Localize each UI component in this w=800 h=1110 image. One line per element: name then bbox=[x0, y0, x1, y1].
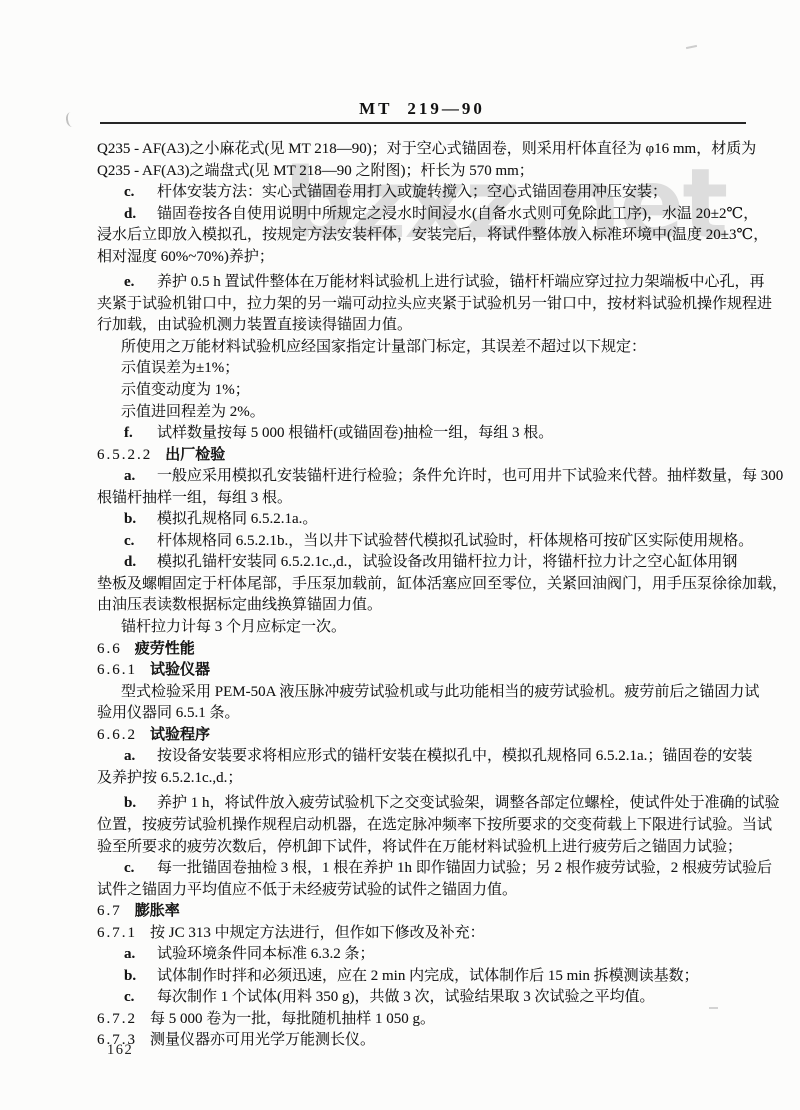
line-text: 养护 0.5 h 置试件整体在万能材料试验机上进行试验，锚杆杆端应穿过拉力架端板… bbox=[157, 274, 765, 290]
line-text: 模拟孔锚杆安装同 6.5.2.1c.,d.，试验设备改用锚杆拉力计，将锚杆拉力计… bbox=[157, 554, 737, 570]
line-text: 浸水后立即放入模拟孔，按规定方法安装杆体，安装完后，将试件整体放入标准环境中(温… bbox=[97, 227, 768, 243]
text-line: 相对湿度 60%~70%)养护； bbox=[97, 247, 757, 269]
line-text: 试验环境条件同本标准 6.3.2 条； bbox=[157, 946, 375, 962]
text-line: 位置，按疲劳试验机操作规程启动机器，在选定脉冲频率下按所要求的交变荷载上下限进行… bbox=[97, 815, 757, 837]
line-text: 锚固卷按各自使用说明中所规定之浸水时间浸水(自备水式则可免除此工序)，水温 20… bbox=[157, 206, 758, 222]
line-text: 锚杆拉力计每 3 个月应标定一次。 bbox=[121, 619, 346, 635]
line-text: 杆体安装方法：实心式锚固卷用打入或旋转搅入；空心式锚固卷用冲压安装； bbox=[157, 184, 667, 200]
section-number: 6.7.1 bbox=[97, 925, 137, 941]
scan-artifact bbox=[686, 45, 697, 49]
text-line: 夹紧于试验机钳口中，拉力架的另一端可动拉头应夹紧于试验机另一钳口中，按材料试验机… bbox=[97, 294, 757, 316]
item-letter: a. bbox=[124, 944, 157, 966]
line-text: 按设备安装要求将相应形式的锚杆安装在模拟孔中，模拟孔规格同 6.5.2.1a.；… bbox=[157, 748, 752, 764]
text-line: 6.7.1按 JC 313 中规定方法进行，但作如下修改及补充： bbox=[97, 923, 757, 945]
text-line: 锚杆拉力计每 3 个月应标定一次。 bbox=[97, 617, 757, 639]
text-line: 验用仪器同 6.5.1 条。 bbox=[97, 703, 757, 725]
text-line: f.试样数量按每 5 000 根锚杆(或锚固卷)抽检一组，每组 3 根。 bbox=[97, 423, 757, 445]
line-text: 试件之锚固力平均值应不低于未经疲劳试验的试件之锚固力值。 bbox=[97, 882, 517, 898]
line-text: 测量仪器亦可用光学万能测长仪。 bbox=[150, 1032, 375, 1048]
item-letter: a. bbox=[124, 746, 157, 768]
line-text: 由油压表读数根据标定曲线换算锚固力值。 bbox=[97, 597, 382, 613]
section-number: 6.6 bbox=[97, 641, 122, 657]
line-text: Q235 - AF(A3)之端盘式(见 MT 218—90 之附图)；杆长为 5… bbox=[97, 163, 534, 179]
page-number: 162 bbox=[107, 1042, 133, 1059]
line-text: 行加载，由试验机测力装置直接读得锚固力值。 bbox=[97, 317, 412, 333]
text-line: c.每次制作 1 个试体(用料 350 g)，共做 3 次，试验结果取 3 次试… bbox=[97, 987, 757, 1009]
text-line: 示值进回程差为 2%。 bbox=[97, 402, 757, 424]
text-line: Q235 - AF(A3)之端盘式(见 MT 218—90 之附图)；杆长为 5… bbox=[97, 161, 757, 183]
text-line: 示值变动度为 1%； bbox=[97, 380, 757, 402]
line-text: 示值变动度为 1%； bbox=[121, 382, 250, 398]
line-text: 每次制作 1 个试体(用料 350 g)，共做 3 次，试验结果取 3 次试验之… bbox=[157, 989, 655, 1005]
line-text: 示值误差为±1%； bbox=[121, 360, 239, 376]
section-number: 6.6.1 bbox=[97, 662, 137, 678]
line-text: 验至所要求的疲劳次数后，停机卸下试件，将试件在万能材料试验机上进行疲劳后之锚固力… bbox=[97, 839, 742, 855]
line-text: 位置，按疲劳试验机操作规程启动机器，在选定脉冲频率下按所要求的交变荷载上下限进行… bbox=[97, 817, 772, 833]
text-line: 行加载，由试验机测力装置直接读得锚固力值。 bbox=[97, 315, 757, 337]
line-text: 垫板及螺帽固定于杆体尾部，手压泵加载前，缸体活塞应回至零位，关紧回油阀门，用手压… bbox=[97, 576, 787, 592]
text-line: 及养护按 6.5.2.1c.,d.； bbox=[97, 768, 757, 790]
line-text: 及养护按 6.5.2.1c.,d.； bbox=[97, 770, 242, 786]
text-line: c.杆体规格同 6.5.2.1b.，当以井下试验替代模拟孔试验时，杆体规格可按矿… bbox=[97, 531, 757, 553]
line-text: 每 5 000 卷为一批，每批随机抽样 1 050 g。 bbox=[150, 1011, 435, 1027]
line-text: 所使用之万能材料试验机应经国家指定计量部门标定，其误差不超过以下规定： bbox=[121, 339, 646, 355]
item-letter: d. bbox=[124, 204, 157, 226]
text-line: a.一般应采用模拟孔安装锚杆进行检验；条件允许时，也可用井下试验来代替。抽样数量… bbox=[97, 466, 757, 488]
text-line: 示值误差为±1%； bbox=[97, 358, 757, 380]
line-text: 型式检验采用 PEM-50A 液压脉冲疲劳试验机或与此功能相当的疲劳试验机。疲劳… bbox=[121, 684, 759, 700]
text-line: a.按设备安装要求将相应形式的锚杆安装在模拟孔中，模拟孔规格同 6.5.2.1a… bbox=[97, 746, 757, 768]
text-line: b.模拟孔规格同 6.5.2.1a.。 bbox=[97, 509, 757, 531]
text-line: Q235 - AF(A3)之小麻花式(见 MT 218—90)；对于空心式锚固卷… bbox=[97, 139, 757, 161]
line-text: 试体制作时拌和必须迅速，应在 2 min 内完成，试体制作后 15 min 拆模… bbox=[157, 968, 699, 984]
section-heading: 6.6疲劳性能 bbox=[97, 639, 757, 661]
item-letter: e. bbox=[124, 272, 157, 294]
text-line: 6.7.3测量仪器亦可用光学万能测长仪。 bbox=[97, 1030, 757, 1052]
line-text: 一般应采用模拟孔安装锚杆进行检验；条件允许时，也可用井下试验来代替。抽样数量，每… bbox=[157, 468, 783, 484]
text-line: 验至所要求的疲劳次数后，停机卸下试件，将试件在万能材料试验机上进行疲劳后之锚固力… bbox=[97, 837, 757, 859]
line-text: 试验仪器 bbox=[150, 662, 210, 678]
line-text: 夹紧于试验机钳口中，拉力架的另一端可动拉头应夹紧于试验机另一钳口中，按材料试验机… bbox=[97, 296, 772, 312]
text-line: 6.7.2每 5 000 卷为一批，每批随机抽样 1 050 g。 bbox=[97, 1009, 757, 1031]
text-line: 试件之锚固力平均值应不低于未经疲劳试验的试件之锚固力值。 bbox=[97, 880, 757, 902]
item-letter: b. bbox=[124, 509, 157, 531]
line-text: 杆体规格同 6.5.2.1b.，当以井下试验替代模拟孔试验时，杆体规格可按矿区实… bbox=[157, 533, 753, 549]
section-number: 6.5.2.2 bbox=[97, 447, 152, 463]
line-text: 根锚杆抽样一组，每组 3 根。 bbox=[97, 490, 292, 506]
section-heading: 6.5.2.2出厂检验 bbox=[97, 445, 757, 467]
line-text: 每一批锚固卷抽检 3 根，1 根在养护 1h 即作锚固力试验；另 2 根作疲劳试… bbox=[157, 860, 772, 876]
text-line: 根锚杆抽样一组，每组 3 根。 bbox=[97, 488, 757, 510]
text-line: b.试体制作时拌和必须迅速，应在 2 min 内完成，试体制作后 15 min … bbox=[97, 966, 757, 988]
item-letter: f. bbox=[124, 423, 157, 445]
text-line: c.每一批锚固卷抽检 3 根，1 根在养护 1h 即作锚固力试验；另 2 根作疲… bbox=[97, 858, 757, 880]
line-text: 相对湿度 60%~70%)养护； bbox=[97, 249, 274, 265]
line-text: 出厂检验 bbox=[165, 447, 225, 463]
section-heading: 6.7膨胀率 bbox=[97, 901, 757, 923]
item-letter: a. bbox=[124, 466, 157, 488]
text-line: 浸水后立即放入模拟孔，按规定方法安装杆体，安装完后，将试件整体放入标准环境中(温… bbox=[97, 225, 757, 247]
item-letter: c. bbox=[124, 531, 157, 553]
text-line: d.模拟孔锚杆安装同 6.5.2.1c.,d.，试验设备改用锚杆拉力计，将锚杆拉… bbox=[97, 552, 757, 574]
section-number: 6.7 bbox=[97, 903, 122, 919]
line-text: 示值进回程差为 2%。 bbox=[121, 404, 265, 420]
text-line: d.锚固卷按各自使用说明中所规定之浸水时间浸水(自备水式则可免除此工序)，水温 … bbox=[97, 204, 757, 226]
line-text: 膨胀率 bbox=[135, 903, 180, 919]
text-line: b.养护 1 h，将试件放入疲劳试验机下之交变试验架，调整各部定位螺栓，使试件处… bbox=[97, 793, 757, 815]
line-text: Q235 - AF(A3)之小麻花式(见 MT 218—90)；对于空心式锚固卷… bbox=[97, 141, 756, 157]
item-letter: c. bbox=[124, 858, 157, 880]
scan-artifact bbox=[65, 111, 78, 127]
line-text: 养护 1 h，将试件放入疲劳试验机下之交变试验架，调整各部定位螺栓，使试件处于准… bbox=[157, 795, 780, 811]
item-letter: d. bbox=[124, 552, 157, 574]
text-line: 垫板及螺帽固定于杆体尾部，手压泵加载前，缸体活塞应回至零位，关紧回油阀门，用手压… bbox=[97, 574, 757, 596]
section-heading: 6.6.1试验仪器 bbox=[97, 660, 757, 682]
text-line: a.试验环境条件同本标准 6.3.2 条； bbox=[97, 944, 757, 966]
standard-code-header: MT 219—90 bbox=[97, 99, 747, 119]
line-text: 验用仪器同 6.5.1 条。 bbox=[97, 705, 240, 721]
text-line: e.养护 0.5 h 置试件整体在万能材料试验机上进行试验，锚杆杆端应穿过拉力架… bbox=[97, 272, 757, 294]
line-text: 按 JC 313 中规定方法进行，但作如下修改及补充： bbox=[150, 925, 485, 941]
line-text: 试样数量按每 5 000 根锚杆(或锚固卷)抽检一组，每组 3 根。 bbox=[157, 425, 553, 441]
document-page: bzxz.net MT 219—90 Q235 - AF(A3)之小麻花式(见 … bbox=[0, 0, 800, 1110]
header-rule bbox=[100, 122, 746, 124]
item-letter: b. bbox=[124, 966, 157, 988]
document-body: Q235 - AF(A3)之小麻花式(见 MT 218—90)；对于空心式锚固卷… bbox=[97, 139, 757, 1052]
text-line: 所使用之万能材料试验机应经国家指定计量部门标定，其误差不超过以下规定： bbox=[97, 337, 757, 359]
item-letter: b. bbox=[124, 793, 157, 815]
text-line: c.杆体安装方法：实心式锚固卷用打入或旋转搅入；空心式锚固卷用冲压安装； bbox=[97, 182, 757, 204]
item-letter: c. bbox=[124, 182, 157, 204]
section-heading: 6.6.2试验程序 bbox=[97, 725, 757, 747]
text-line: 型式检验采用 PEM-50A 液压脉冲疲劳试验机或与此功能相当的疲劳试验机。疲劳… bbox=[97, 682, 757, 704]
text-line: 由油压表读数根据标定曲线换算锚固力值。 bbox=[97, 595, 757, 617]
line-text: 疲劳性能 bbox=[135, 641, 195, 657]
item-letter: c. bbox=[124, 987, 157, 1009]
line-text: 模拟孔规格同 6.5.2.1a.。 bbox=[157, 511, 317, 527]
section-number: 6.6.2 bbox=[97, 727, 137, 743]
section-number: 6.7.2 bbox=[97, 1011, 137, 1027]
line-text: 试验程序 bbox=[150, 727, 210, 743]
